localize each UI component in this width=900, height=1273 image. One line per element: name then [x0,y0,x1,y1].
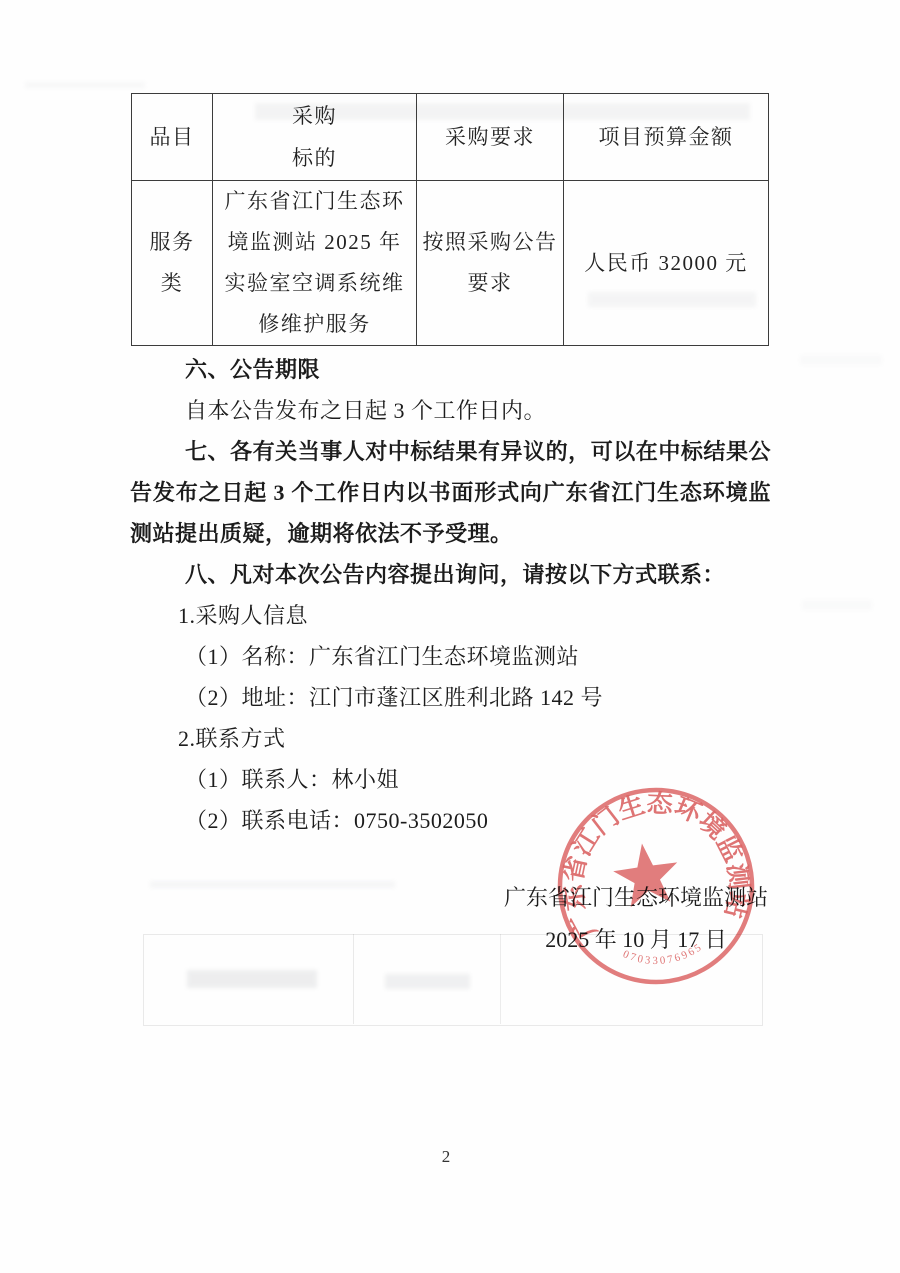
column-header-item-category: 品目 [132,94,213,181]
cell-project-budget: 人民币 32000 元 [564,181,769,346]
table-header-row: 品目 采购 标的 采购要求 项目预算金额 [132,94,769,181]
table-row: 服务类 广东省江门生态环境监测站 2025 年实验室空调系统维修维护服务 按照采… [132,181,769,346]
section-seven-paragraph: 七、各有关当事人对中标结果有异议的，可以在中标结果公告发布之日起 3 个工作日内… [130,431,771,554]
cell-item-category-text: 服务类 [146,222,198,304]
seal-star-icon [610,839,683,909]
announcement-body: 六、公告期限 自本公告发布之日起 3 个工作日内。 七、各有关当事人对中标结果有… [130,349,771,841]
purchaser-info-heading: 1.采购人信息 [130,595,771,636]
bleed-through-artifact [385,974,470,989]
column-header-procurement-requirement: 采购要求 [417,94,564,181]
bleed-through-artifact [187,970,317,988]
column-header-project-budget: 项目预算金额 [564,94,769,181]
section-eight-heading: 八、凡对本次公告内容提出询问，请按以下方式联系： [130,554,771,595]
section-six-heading: 六、公告期限 [130,349,771,390]
page-number: 2 [0,1147,892,1167]
section-six-body: 自本公告发布之日起 3 个工作日内。 [130,390,771,431]
bleed-through-artifact [150,881,395,888]
bleed-through-artifact [800,355,882,365]
bleed-through-artifact [25,82,145,88]
procurement-table: 品目 采购 标的 采购要求 项目预算金额 服务类 广东省江门生态环境监测站 20… [131,93,769,346]
seal-serial-number: 07033076965 [620,937,707,972]
seal-arc-text: 广东省江门生态环境监测站 [547,777,757,946]
purchaser-address-line: （2）地址：江门市蓬江区胜利北路 142 号 [130,677,771,718]
column-header-procurement-target: 采购 标的 [213,94,417,181]
bleed-through-artifact [802,600,872,610]
purchaser-name-line: （1）名称：广东省江门生态环境监测站 [130,636,771,677]
cell-procurement-requirement: 按照采购公告要求 [417,181,564,346]
cell-item-category: 服务类 [132,181,213,346]
document-page: 品目 采购 标的 采购要求 项目预算金额 服务类 广东省江门生态环境监测站 20… [0,0,900,1273]
cell-procurement-target: 广东省江门生态环境监测站 2025 年实验室空调系统维修维护服务 [213,181,417,346]
official-seal: 广东省江门生态环境监测站 07033076965 [537,767,774,1004]
contact-method-heading: 2.联系方式 [130,718,771,759]
bleed-through-table-line [353,934,354,1024]
